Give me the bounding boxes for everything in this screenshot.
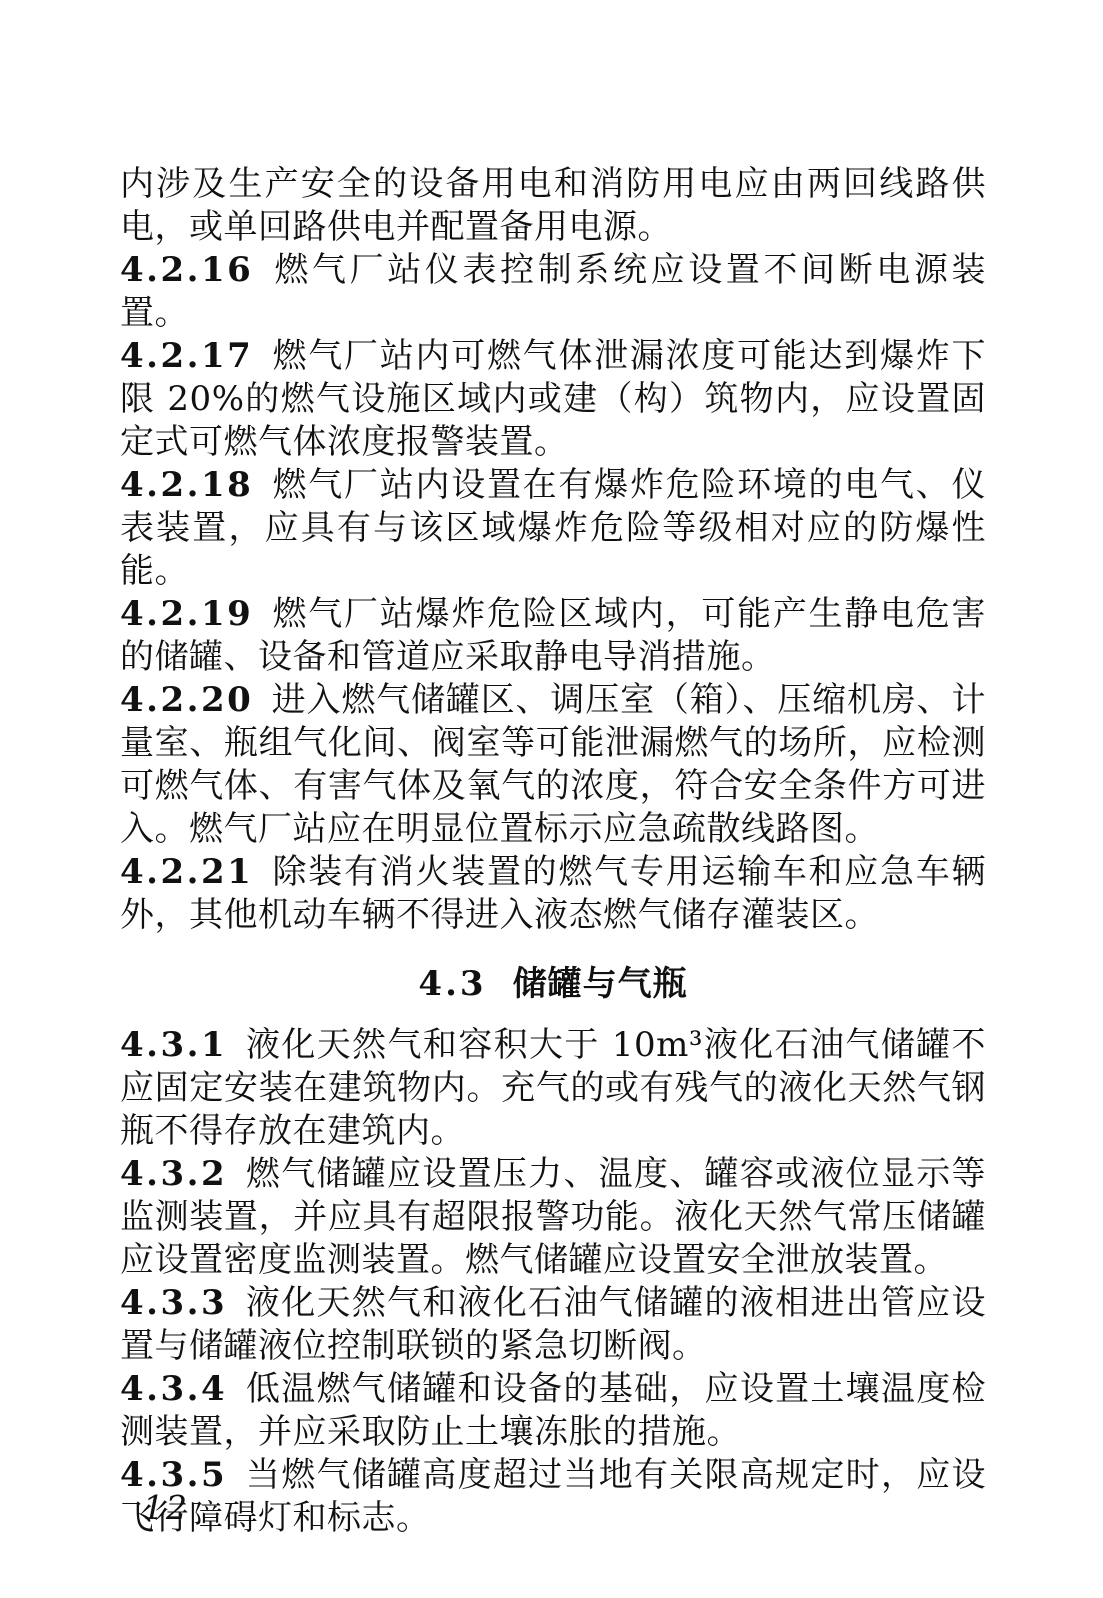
clause-paragraph: 4.2.17燃气厂站内可燃气体泄漏浓度可能达到爆炸下限 20%的燃气设施区域内或… <box>120 335 986 464</box>
clause-number: 4.2.16 <box>120 250 271 290</box>
clause-number: 4.2.21 <box>120 852 271 892</box>
continuation-text: 内涉及生产安全的设备用电和消防用电应由两回线路供电，或单回路供电并配置备用电源。 <box>120 164 986 247</box>
clause-paragraph: 4.3.2燃气储罐应设置压力、温度、罐容或液位显示等监测装置，并应具有超限报警功… <box>120 1153 986 1282</box>
clause-number: 4.2.18 <box>120 465 271 505</box>
clause-paragraph: 4.2.18燃气厂站内设置在有爆炸危险环境的电气、仪表装置，应具有与该区域爆炸危… <box>120 464 986 593</box>
clause-paragraph: 4.3.4低温燃气储罐和设备的基础，应设置土壤温度检测装置，并应采取防止土壤冻胀… <box>120 1368 986 1454</box>
clause-number: 4.3.3 <box>120 1283 245 1323</box>
clause-paragraph: 4.3.1液化天然气和容积大于 10m³液化石油气储罐不应固定安装在建筑物内。充… <box>120 1024 986 1153</box>
clause-text: 燃气储罐应设置压力、温度、罐容或液位显示等监测装置，并应具有超限报警功能。液化天… <box>120 1154 986 1280</box>
clause-text: 液化天然气和液化石油气储罐的液相进出管应设置与储罐液位控制联锁的紧急切断阀。 <box>120 1283 986 1366</box>
clause-number: 4.3.2 <box>120 1154 245 1194</box>
clause-number: 4.2.19 <box>120 594 271 634</box>
page-number: 12 <box>143 1490 189 1526</box>
clause-paragraph: 4.2.20进入燃气储罐区、调压室（箱）、压缩机房、计量室、瓶组气化间、阀室等可… <box>120 679 986 851</box>
clause-paragraph: 4.3.3液化天然气和液化石油气储罐的液相进出管应设置与储罐液位控制联锁的紧急切… <box>120 1282 986 1368</box>
body-text: 内涉及生产安全的设备用电和消防用电应由两回线路供电，或单回路供电并配置备用电源。… <box>120 163 986 1540</box>
clause-number: 4.2.20 <box>120 680 271 720</box>
clause-paragraph: 4.3.5当燃气储罐高度超过当地有关限高规定时，应设飞行障碍灯和标志。 <box>120 1454 986 1540</box>
clause-text: 液化天然气和容积大于 10m³液化石油气储罐不应固定安装在建筑物内。充气的或有残… <box>120 1025 986 1151</box>
clause-number: 4.2.17 <box>120 336 271 376</box>
section-heading-number: 4.3 <box>418 964 512 1004</box>
clause-paragraph: 4.2.21除装有消火装置的燃气专用运输车和应急车辆外，其他机动车辆不得进入液态… <box>120 851 986 937</box>
clause-paragraph: 4.2.16燃气厂站仪表控制系统应设置不间断电源装置。 <box>120 249 986 335</box>
clause-number: 4.3.4 <box>120 1369 245 1409</box>
clause-text: 当燃气储罐高度超过当地有关限高规定时，应设飞行障碍灯和标志。 <box>120 1455 986 1538</box>
clause-paragraph: 4.2.19燃气厂站爆炸危险区域内，可能产生静电危害的储罐、设备和管道应采取静电… <box>120 593 986 679</box>
section-heading-title: 储罐与气瓶 <box>513 964 688 1004</box>
document-page: 内涉及生产安全的设备用电和消防用电应由两回线路供电，或单回路供电并配置备用电源。… <box>0 0 1103 1598</box>
clause-number: 4.3.1 <box>120 1025 245 1065</box>
clause-text: 低温燃气储罐和设备的基础，应设置土壤温度检测装置，并应采取防止土壤冻胀的措施。 <box>120 1369 986 1452</box>
section-heading: 4.3储罐与气瓶 <box>120 963 986 1006</box>
continuation-paragraph: 内涉及生产安全的设备用电和消防用电应由两回线路供电，或单回路供电并配置备用电源。 <box>120 163 986 249</box>
